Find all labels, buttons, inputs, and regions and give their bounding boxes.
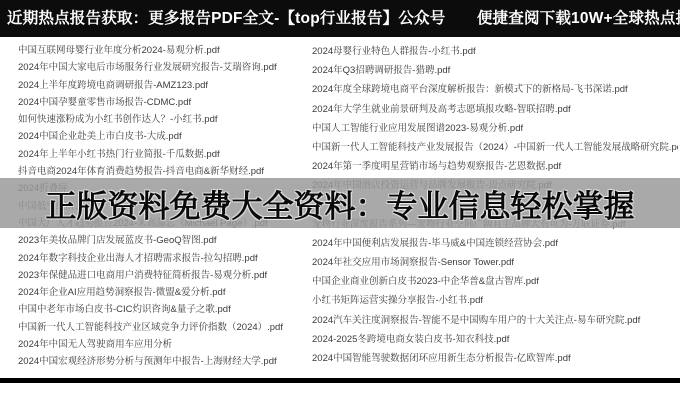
report-link[interactable]: 2024上半年度跨境电商调研报告-AMZ123.pdf [18,77,310,94]
report-link[interactable]: 2024年社交应用市场洞察报告-Sensor Tower.pdf [312,253,678,272]
top-promo-bar: 近期热点报告获取：更多报告PDF全文-【top行业报告】公众号 便捷查阅下载10… [0,0,680,37]
bottom-divider-bar [0,378,680,383]
report-link[interactable]: 2024年中国无人驾驶商用车应用分析 [18,336,310,353]
report-link[interactable]: 中国企业商业创新白皮书2023-中企华普&盘古智库.pdf [312,272,678,291]
report-link[interactable]: 中国人工智能行业应用发展图谱2023-易观分析.pdf [312,119,678,138]
report-link[interactable]: 2024年第一季度明星营销市场与趋势观察报告-艺恩数据.pdf [312,157,678,176]
report-link[interactable]: 2023年美妆品牌门店发展蓝皮书-GeoQ智图.pdf [18,232,310,249]
watermark-banner: 正版资料免费大全资料：专业信息轻松掌握 [0,178,680,228]
report-link[interactable]: 2024汽车关注度洞察报告-智能不是中国购车用户的十大关注点-易车研究院.pdf [312,311,678,330]
report-link[interactable]: 2024中国智能驾驶数据闭环应用新生态分析报告-亿欧智库.pdf [312,349,678,368]
report-link[interactable]: 2024-2025冬跨境电商女装白皮书-知衣科技.pdf [312,330,678,349]
watermark-banner-text: 正版资料免费大全资料：专业信息轻松掌握 [46,181,635,226]
report-link[interactable]: 2024年中国便利店发展报告-毕马威&中国连锁经营协会.pdf [312,234,678,253]
report-link[interactable]: 小红书矩阵运营实操分享报告-小红书.pdf [312,291,678,310]
report-link[interactable]: 如何快速涨粉成为小红书创作达人？-小红书.pdf [18,111,310,128]
report-link[interactable]: 中国新一代人工智能科技产业区域竞争力评价指数（2024）.pdf [18,319,310,336]
report-link[interactable]: 2024母婴行业特色人群报告-小红书.pdf [312,42,678,61]
report-link[interactable]: 2024年大学生就业前景研判及高考志愿填报攻略-智联招聘.pdf [312,100,678,119]
top-promo-text: 近期热点报告获取：更多报告PDF全文-【top行业报告】公众号 便捷查阅下载10… [7,10,680,27]
report-link[interactable]: 2024中国孕婴童零售市场报告-CDMC.pdf [18,94,310,111]
report-link[interactable]: 2024年企业AI应用趋势洞察报告-微盟&爱分析.pdf [18,284,310,301]
report-link[interactable]: 2024年中国大家电后市场服务行业发展研究报告-艾瑞咨询.pdf [18,59,310,76]
report-link[interactable]: 2024年Q3招聘调研报告-猎聘.pdf [312,61,678,80]
report-link[interactable]: 2024中国宏观经济形势分析与预测年中报告-上海财经大学.pdf [18,353,310,370]
report-link[interactable]: 2024年上半年小红书热门行业简报-千瓜数据.pdf [18,146,310,163]
report-link[interactable]: 2024年度全球跨境电商平台深度解析报告：新模式下的新格局-飞书深诺.pdf [312,80,678,99]
report-link[interactable]: 2024中国企业赴美上市白皮书-大成.pdf [18,128,310,145]
page: 近期热点报告获取：更多报告PDF全文-【top行业报告】公众号 便捷查阅下载10… [0,0,680,400]
report-link[interactable]: 2024年数字科技企业出海人才招聘需求报告-拉勾招聘.pdf [18,250,310,267]
report-link[interactable]: 2023年保健品进口电商用户消费特征简析报告-易观分析.pdf [18,267,310,284]
report-link[interactable]: 中国互联网母婴行业年度分析2024-易观分析.pdf [18,42,310,59]
report-link[interactable]: 中国新一代人工智能科技产业发展报告（2024）-中国新一代人工智能发展战略研究院… [312,138,678,157]
report-link[interactable]: 中国中老年市场白皮书-CIC灼识咨询&量子之歌.pdf [18,301,310,318]
